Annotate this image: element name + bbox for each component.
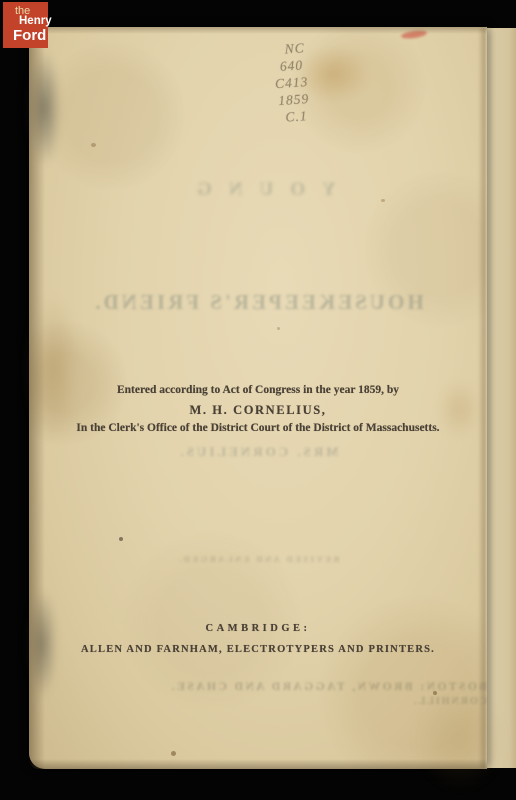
foxing-speck: [277, 327, 280, 330]
page-top-shadow: [29, 27, 487, 34]
page-gutter-shadow: [29, 27, 45, 769]
handwritten-call-number: NC 640 C413 1859 C.1: [270, 37, 346, 127]
foxing-speck: [171, 751, 176, 756]
book-page: YOUNG HOUSEKEEPER'S FRIEND. MRS. CORNELI…: [29, 27, 487, 769]
page-bottom-shadow: [29, 759, 487, 769]
paper-texture: [29, 27, 487, 769]
showthrough-edition-line: REVISED AND ENLARGED.: [29, 554, 487, 564]
copyright-line-1: Entered according to Act of Congress in …: [29, 384, 487, 396]
foxing-speck: [433, 691, 437, 695]
showthrough-publisher-line2: CORNHILL.: [29, 696, 516, 707]
logo-word-henry: Henry: [19, 16, 52, 28]
logo-word-ford: Ford: [13, 28, 46, 43]
foxing-speck: [91, 143, 96, 147]
book-fore-edge: [487, 28, 516, 768]
showthrough-author: MRS. CORNELIUS.: [29, 444, 487, 460]
showthrough-title-main: HOUSEKEEPER'S FRIEND.: [29, 290, 487, 315]
showthrough-publisher-line: BOSTON: BROWN, TAGGARD AND CHASE.: [29, 681, 501, 693]
henry-ford-logo: the Henry Ford: [3, 2, 48, 48]
copyright-author: M. H. CORNELIUS,: [29, 403, 487, 418]
copyright-line-3: In the Clerk's Office of the District Co…: [29, 422, 487, 434]
imprint-printer: ALLEN AND FARNHAM, ELECTROTYPERS AND PRI…: [29, 644, 487, 655]
imprint-city: CAMBRIDGE:: [29, 623, 487, 634]
foxing-speck: [119, 537, 123, 541]
call-number-line: C.1: [285, 104, 346, 125]
archival-scan-viewport: { "branding": { "the": "the", "henry": "…: [0, 0, 516, 800]
page-fold-line: [478, 28, 490, 768]
showthrough-title-word: YOUNG: [29, 179, 487, 201]
foxing-speck: [381, 199, 385, 202]
